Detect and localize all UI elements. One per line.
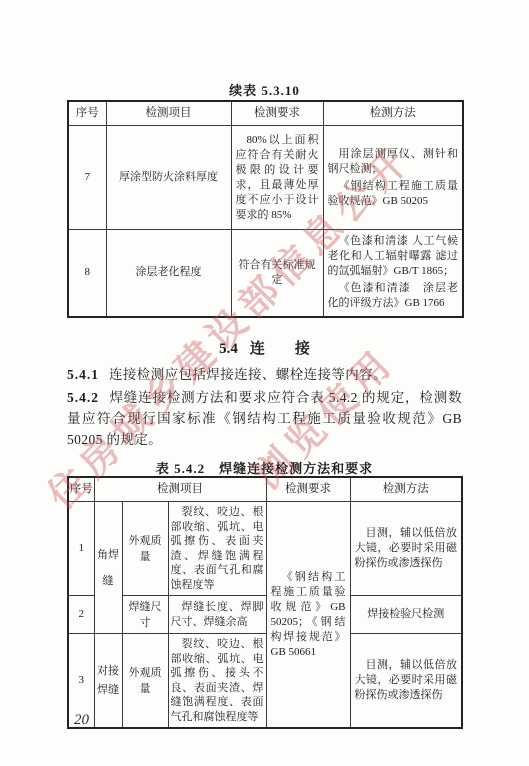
table-5-4-2: 序号 检测项目 检测要求 检测方法 1 角焊缝 外观质量 裂纹、咬边、根部收缩、… <box>67 476 463 729</box>
table1-header-item: 检测项目 <box>106 101 231 126</box>
table2-caption: 表 5.4.2 焊缝连接检测方法和要求 <box>0 458 529 477</box>
row3-method: 目测，辅以低倍放大镜，必要时采用磁粉探伤或渗透探伤 <box>350 634 462 729</box>
paragraph-text: 连接检测应包括焊接连接、螺栓连接等内容。 <box>109 367 387 382</box>
paragraph-5-4-1: 5.4.1连接检测应包括焊接连接、螺栓连接等内容。 <box>67 364 462 385</box>
table1-header-requirement: 检测要求 <box>231 101 323 126</box>
paragraph-number: 5.4.1 <box>67 367 99 382</box>
table2-header-item: 检测项目 <box>94 477 266 502</box>
row7-method-p2: 《钢结构工程施工质量验收规范》GB 50205 <box>328 179 459 209</box>
table2-header-row: 序号 检测项目 检测要求 检测方法 <box>68 477 462 502</box>
page-number: 20 <box>74 712 89 729</box>
paragraph-5-4-2: 5.4.2焊缝连接检测方法和要求应符合表 5.4.2 的规定，检测数量应符合现行… <box>67 387 462 450</box>
row7-requirement: 80%以上面积应符合有关耐火极限的设计要求，且最薄处厚度不应小于设计要求的 85… <box>231 126 323 230</box>
section-number: 5.4 <box>219 341 238 357</box>
table-row: 8 涂层老化程度 符合有关标准规定 《色漆和清漆 人工气候老化和人工辐射曝露 滤… <box>68 230 463 317</box>
requirement-merged-cell: 《钢结构工程施工质量验收规范》GB 50205；《钢结构焊接规范》GB 5066… <box>266 502 350 729</box>
table2-header-method: 检测方法 <box>350 477 462 502</box>
row1-method: 目测，辅以低倍放大镜，必要时采用磁粉探伤或渗透探伤 <box>350 502 462 596</box>
row7-no: 7 <box>68 126 106 230</box>
table2-header-no: 序号 <box>68 477 94 502</box>
table-5-3-10: 序号 检测项目 检测要求 检测方法 7 厚涂型防火涂料厚度 80%以上面积应符合… <box>67 100 464 318</box>
row8-method: 《色漆和清漆 人工气候老化和人工辐射曝露 滤过的氙弧辐射》GB/T 1865； … <box>323 230 463 317</box>
row3-weld-group: 对接焊缝 <box>94 634 122 729</box>
section-heading: 5.4连 接 <box>0 337 529 358</box>
table1-header-row: 序号 检测项目 检测要求 检测方法 <box>68 101 463 126</box>
paragraph-number: 5.4.2 <box>67 390 99 405</box>
row8-method-p1: 《色漆和清漆 人工气候老化和人工辐射曝露 滤过的氙弧辐射》GB/T 1865； <box>328 234 459 279</box>
document-page: 住房城乡建设部信息公开 浏览使用 续表 5.3.10 序号 检测项目 检测要求 … <box>0 0 529 766</box>
section-title: 连 接 <box>250 341 310 357</box>
row1-subitem: 外观质量 <box>122 502 168 596</box>
table-row: 7 厚涂型防火涂料厚度 80%以上面积应符合有关耐火极限的设计要求，且最薄处厚度… <box>68 126 463 230</box>
row8-method-p2: 《色漆和清漆 涂层老化的评级方法》GB 1766 <box>328 281 459 311</box>
row1-no: 1 <box>68 502 94 596</box>
row2-description: 焊缝长度、焊脚尺寸、焊缝余高 <box>168 596 266 634</box>
row2-no: 2 <box>68 596 94 634</box>
table-row: 1 角焊缝 外观质量 裂纹、咬边、根部收缩、弧坑、电弧擦伤、表面夹渣、焊缝饱满程… <box>68 502 462 596</box>
row7-item: 厚涂型防火涂料厚度 <box>106 126 231 230</box>
row3-description: 裂纹、咬边、根部收缩、弧坑、电弧擦伤、接头不良、表面夹渣、焊缝饱满程度、表面气孔… <box>168 634 266 729</box>
table2-header-requirement: 检测要求 <box>266 477 350 502</box>
row8-no: 8 <box>68 230 106 317</box>
table-row: 2 焊缝尺寸 焊缝长度、焊脚尺寸、焊缝余高 焊接检验尺检测 <box>68 596 462 634</box>
table1-header-no: 序号 <box>68 101 106 126</box>
row8-item: 涂层老化程度 <box>106 230 231 317</box>
row2-method: 焊接检验尺检测 <box>350 596 462 634</box>
row1-description: 裂纹、咬边、根部收缩、弧坑、电弧擦伤、表面夹渣、焊缝饱满程度、表面气孔和腐蚀程度… <box>168 502 266 596</box>
table1-header-method: 检测方法 <box>323 101 463 126</box>
row7-method: 用涂层测厚仪、测针和钢尺检测； 《钢结构工程施工质量验收规范》GB 50205 <box>323 126 463 230</box>
table-row: 3 对接焊缝 外观质量 裂纹、咬边、根部收缩、弧坑、电弧擦伤、接头不良、表面夹渣… <box>68 634 462 729</box>
row7-method-p1: 用涂层测厚仪、测针和钢尺检测； <box>328 147 459 177</box>
table1-caption: 续表 5.3.10 <box>0 80 529 99</box>
row2-subitem: 焊缝尺寸 <box>122 596 168 634</box>
paragraph-text: 焊缝连接检测方法和要求应符合表 5.4.2 的规定，检测数量应符合现行国家标准《… <box>67 390 462 447</box>
row3-subitem: 外观质量 <box>122 634 168 729</box>
row1-weld-group: 角焊缝 <box>94 502 122 634</box>
row8-requirement: 符合有关标准规定 <box>231 230 323 317</box>
